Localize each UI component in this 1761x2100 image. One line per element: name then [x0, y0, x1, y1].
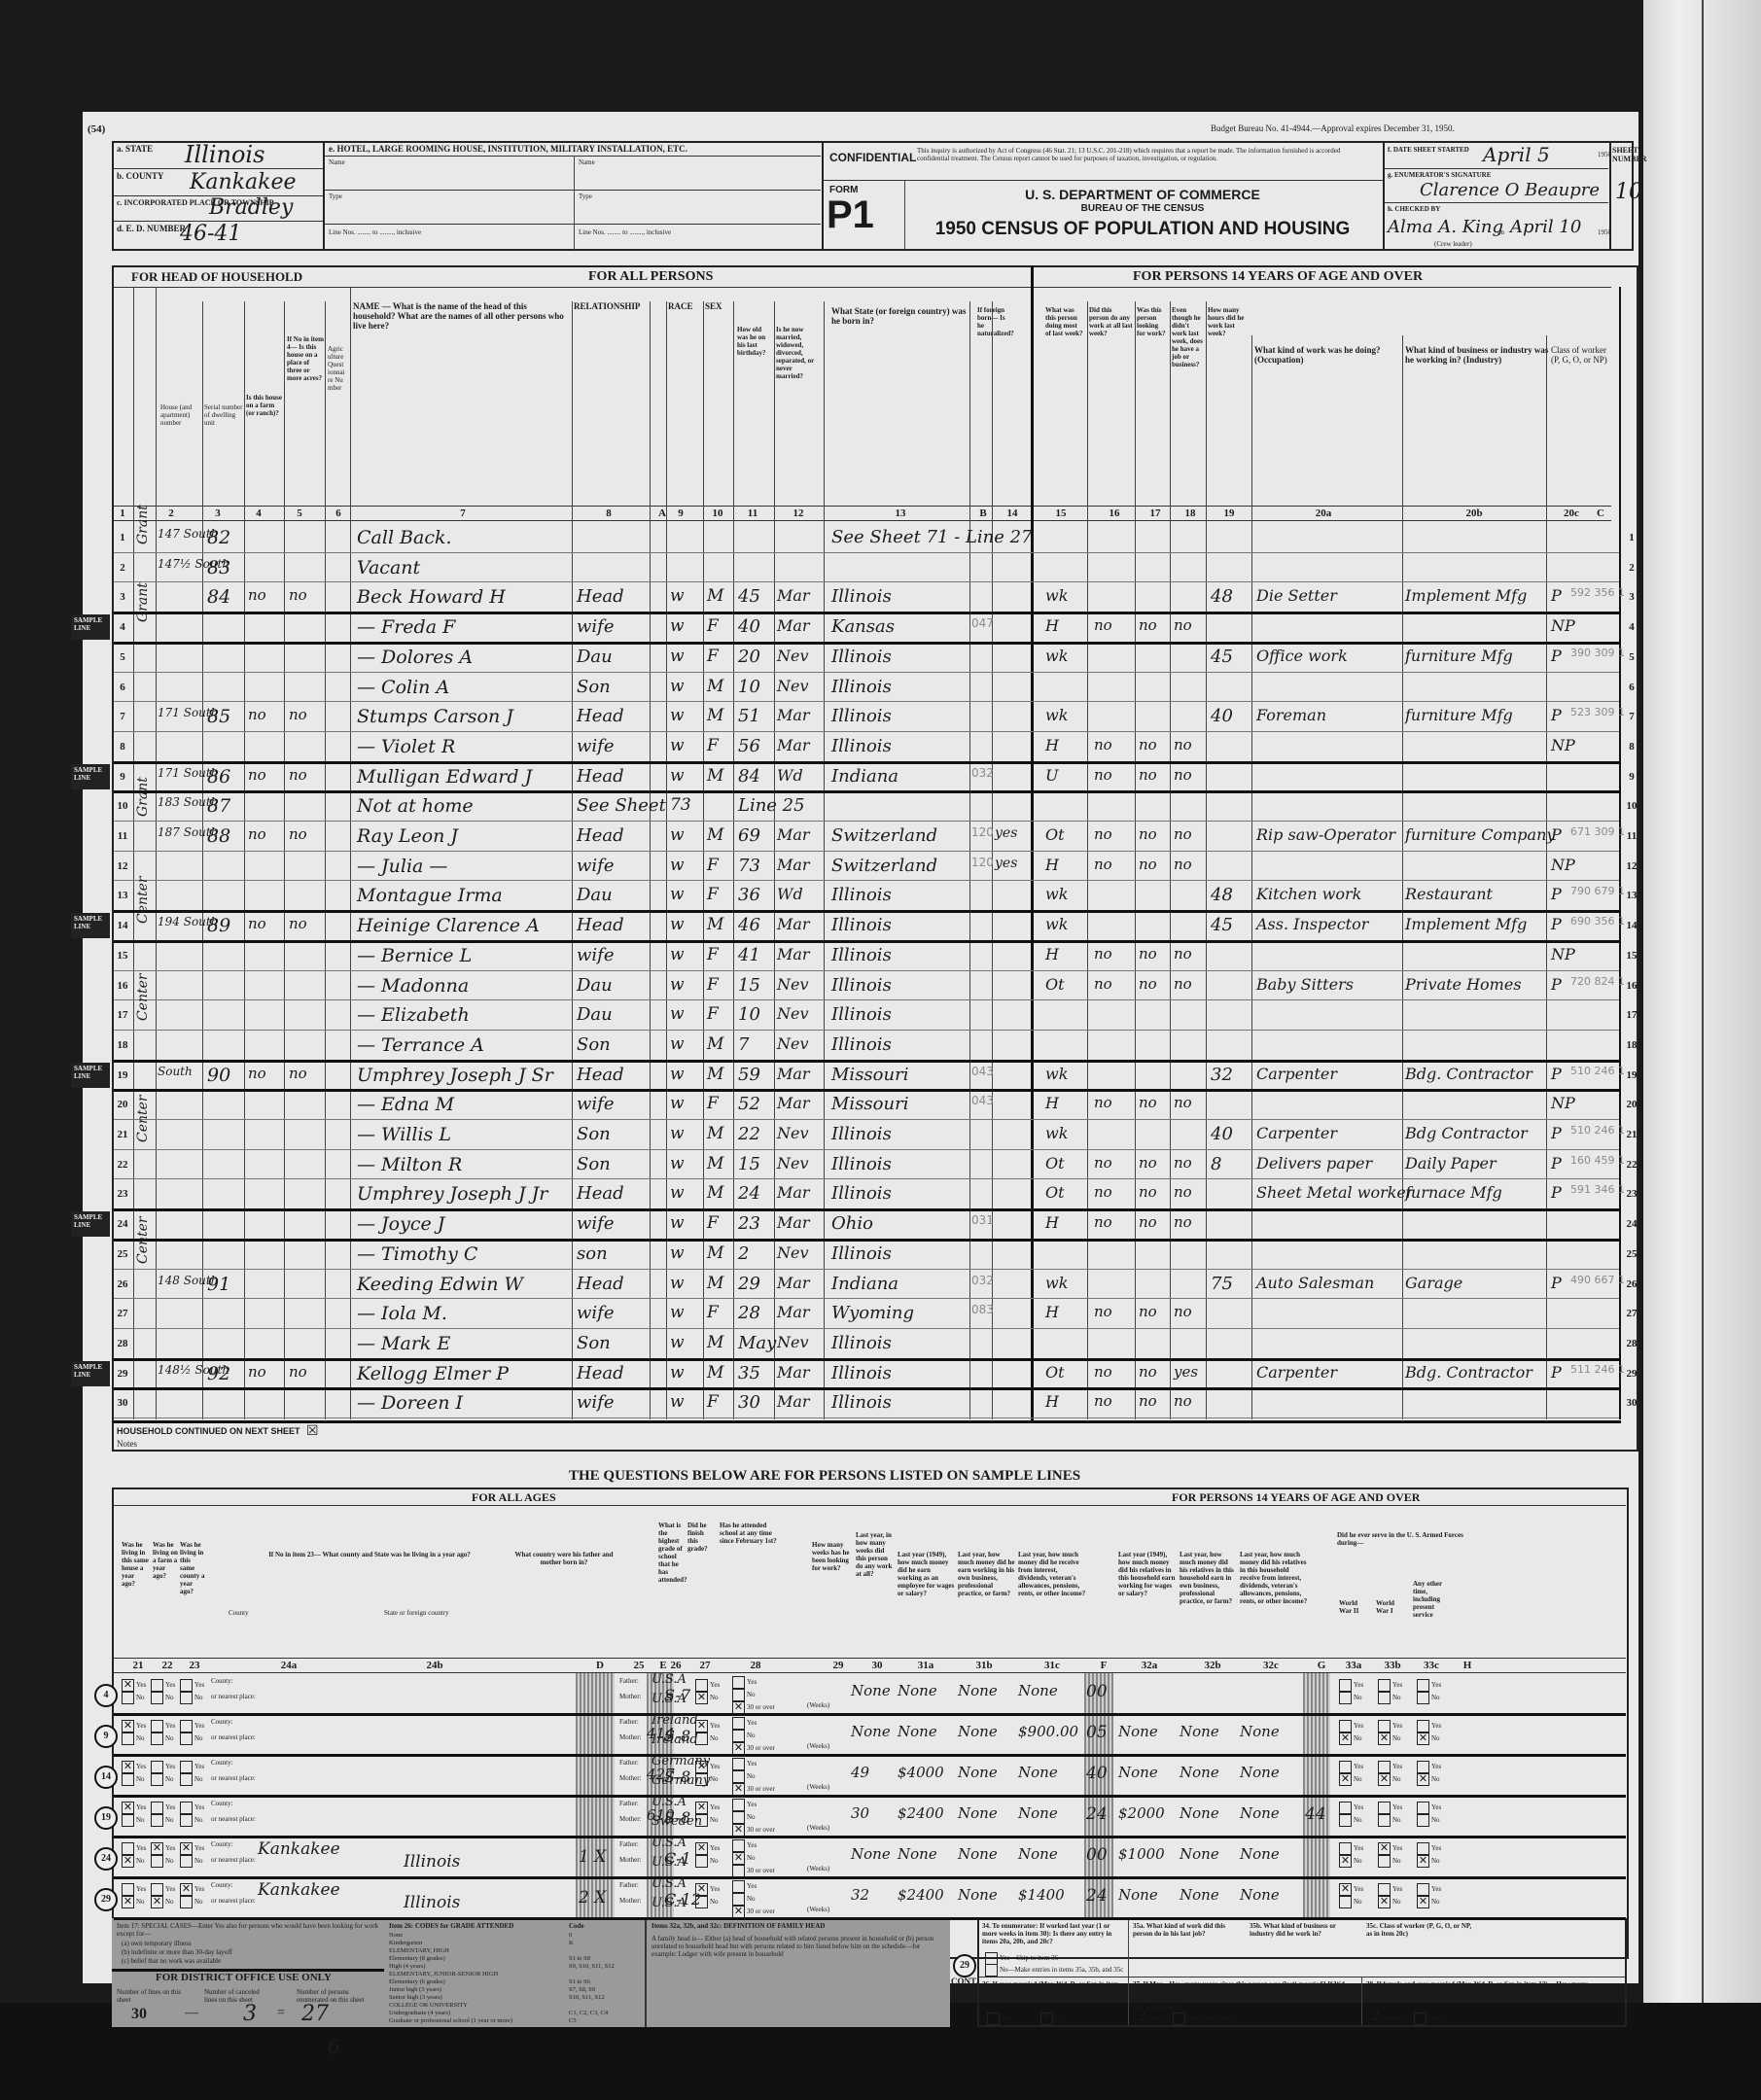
cell-work: no [1094, 945, 1112, 962]
q27-checkboxes[interactable]: ✕YesNo [695, 1802, 720, 1827]
sample-grade: C-1 [664, 1849, 691, 1868]
sample-margin-mark: 5 [73, 1847, 83, 1866]
header-industry: What kind of business or industry was he… [1405, 345, 1551, 365]
cell-activity: wk [1045, 885, 1068, 903]
cell-activity: Ot [1045, 825, 1065, 844]
sample-line-tag: SAMPLE LINE [71, 764, 110, 789]
cell-work: no [1094, 975, 1112, 993]
line-number-right: 29 [1621, 1368, 1642, 1380]
row-divider [114, 1089, 1619, 1092]
cell-sex: M [707, 1243, 723, 1263]
sample-header-32a: Last year (1949), how much money did his… [1118, 1551, 1177, 1597]
cell-looking: no [1139, 975, 1157, 993]
cell-rel: wife [577, 1392, 614, 1413]
q22-checkboxes[interactable]: YesNo [151, 1679, 175, 1704]
cell-marital: Nev [777, 1333, 809, 1351]
line-number-right: 18 [1621, 1039, 1642, 1051]
cell-name: — Mark E [357, 1333, 450, 1354]
cell-activity: wk [1045, 647, 1068, 665]
cell-activity: H [1045, 616, 1059, 635]
cell-industry: Bdg. Contractor [1405, 1363, 1532, 1382]
cell-sex: F [707, 1004, 719, 1024]
column-number: 11 [742, 507, 763, 519]
cell-race: w [670, 825, 685, 845]
cell-race: w [670, 1094, 685, 1113]
sheet-number: 10 [1615, 180, 1642, 204]
q33b-checkboxes[interactable]: Yes✕No [1378, 1720, 1402, 1745]
cell-industry: Daily Paper [1405, 1154, 1497, 1172]
cell-activity: Ot [1045, 975, 1065, 994]
header-work: Did this person do any work at all last … [1089, 306, 1133, 337]
q22-checkboxes[interactable]: YesNo [151, 1802, 175, 1827]
cell-rel: wife [577, 945, 614, 965]
sample-31b: None [958, 1845, 998, 1863]
q37-answer: 3 years, or Less than 1 year [1138, 2012, 1232, 2025]
q33c-checkboxes[interactable]: Yes✕No [1417, 1883, 1441, 1908]
q36-no[interactable]: ✕No [1040, 2012, 1064, 2025]
cell-age: 20 [738, 647, 760, 667]
cell-hours: 45 [1211, 915, 1233, 935]
cell-marital: Mar [777, 1274, 810, 1292]
cell-name: — Terrance A [357, 1034, 484, 1056]
cell-age: 69 [738, 825, 760, 846]
cell-age: 73 [738, 856, 760, 876]
sample-header-30: Last year, in how many weeks did this pe… [856, 1531, 895, 1578]
sample-column-number: 31c [1040, 1660, 1064, 1671]
minus-sign: — [185, 2006, 198, 2021]
line-number-right: 14 [1621, 920, 1642, 931]
sample-header-33: Did he ever serve in the U. S. Armed For… [1337, 1531, 1473, 1547]
grade-code-item: ELEMENTARY, JUNIOR-SENIOR HIGH [389, 1971, 642, 1978]
cell-marital: Mar [777, 1094, 810, 1112]
cell-sex: M [707, 1333, 723, 1352]
page-label: (54) [88, 123, 105, 135]
line-number-right: 26 [1621, 1278, 1642, 1290]
cell-nat: yes [995, 825, 1017, 841]
cell-industry: furniture Company [1405, 825, 1555, 844]
cell-rel: Son [577, 1034, 611, 1055]
sample-32c: None [1240, 1764, 1280, 1781]
cell-hours: 75 [1211, 1274, 1233, 1294]
cell-acres: no [289, 586, 307, 604]
line-number: 4 [112, 621, 133, 633]
q23-checkboxes[interactable]: YesNo [180, 1720, 204, 1745]
q33a-checkboxes[interactable]: Yes✕No [1339, 1720, 1363, 1745]
line-number: 26 [112, 1278, 133, 1290]
sample-32c: None [1240, 1886, 1280, 1904]
cell-looking: no [1139, 856, 1157, 873]
grade-code-item: Undergraduate (4 years)C1, C2, C3, C4 [389, 2010, 642, 2017]
special-case-a: (a) own temporary illness [122, 1940, 192, 1947]
row-divider [114, 612, 1619, 614]
q23-checkboxes[interactable]: YesNo [180, 1802, 204, 1827]
q33a-checkboxes[interactable]: YesNo [1339, 1679, 1363, 1704]
line-number: 16 [112, 980, 133, 992]
q33c-checkboxes[interactable]: Yes✕No [1417, 1761, 1441, 1786]
cell-name: Umphrey Joseph J Sr [357, 1065, 553, 1086]
cell-birthplace: Illinois [831, 1154, 892, 1174]
sample-header-24: If No in item 23— What county and State … [258, 1551, 481, 1558]
sample-line-tag: SAMPLE LINE [71, 1361, 110, 1386]
line-number: 22 [112, 1159, 133, 1171]
cell-rel: wife [577, 1303, 614, 1323]
header-naturalized: If foreign born— Is he naturalized? [977, 306, 1008, 337]
cell-work: no [1094, 1094, 1112, 1111]
cell-marital: Nev [777, 647, 809, 665]
row-divider [114, 642, 1619, 645]
q33b-checkboxes[interactable]: YesNo [1378, 1679, 1402, 1704]
cell-birthplace: Switzerland [831, 825, 937, 846]
q33a-checkboxes[interactable]: YesNo [1339, 1802, 1363, 1827]
sample-weeks-worked: None [851, 1682, 891, 1699]
cell-activity: H [1045, 945, 1059, 963]
q22-checkboxes[interactable]: YesNo [151, 1761, 175, 1786]
sample-header-32b: Last year, how much money did his relati… [1180, 1551, 1238, 1605]
cell-class: P [1551, 1124, 1562, 1142]
cell-occupation: Die Setter [1256, 586, 1337, 605]
cell-occupation: Delivers paper [1256, 1154, 1372, 1172]
cell-name: — Milton R [357, 1154, 462, 1175]
cell-job: no [1174, 975, 1192, 993]
q33c-checkboxes[interactable]: YesNo [1417, 1802, 1441, 1827]
sample-31b: None [958, 1886, 998, 1904]
sample-row-divider [114, 1713, 1626, 1716]
sample-31b: None [958, 1764, 998, 1781]
cell-occupation: Carpenter [1256, 1124, 1337, 1142]
sample-column-number: 32c [1259, 1660, 1283, 1671]
cell-house: 84 [207, 586, 230, 608]
row-divider [114, 1269, 1619, 1270]
q21-checkboxes[interactable]: ✕YesNo [122, 1720, 146, 1745]
header-relationship: RELATIONSHIP [574, 301, 647, 311]
q27-checkboxes[interactable]: Yes✕No [695, 1679, 720, 1704]
cell-name: Mulligan Edward J [357, 766, 532, 787]
header-job: Even though he didn't work last week, do… [1172, 306, 1203, 368]
q33b-checkboxes[interactable]: YesNo [1378, 1802, 1402, 1827]
q23-checkboxes[interactable]: YesNo [180, 1679, 204, 1704]
cell-b: 043 [971, 1065, 994, 1078]
sample-header-23: Was he living in this same county a year… [180, 1541, 205, 1595]
sample-column-number: H [1456, 1660, 1479, 1671]
header-looking: Was this person looking for work? [1137, 306, 1168, 337]
row-divider [114, 1208, 1619, 1211]
sample-line-tag: SAMPLE LINE [71, 1063, 110, 1088]
sample-column-number: 33b [1381, 1660, 1404, 1671]
census-sheet: (54) Budget Bureau No. 41-4944.—Approval… [83, 112, 1638, 1983]
cell-street: South [158, 1065, 193, 1078]
sample-for-14-over: FOR PERSONS 14 YEARS OF AGE AND OVER [1172, 1490, 1420, 1505]
q33b-checkboxes[interactable]: Yes✕No [1378, 1883, 1402, 1908]
cell-race: w [670, 1333, 685, 1352]
q21-checkboxes[interactable]: ✕YesNo [122, 1679, 146, 1704]
checked-by: Alma A. King [1388, 217, 1503, 237]
q21-checkboxes[interactable]: ✕YesNo [122, 1761, 146, 1786]
q21-checkboxes[interactable]: Yes✕No [122, 1883, 146, 1908]
header-activity: What was this person doing most of last … [1045, 306, 1084, 337]
cell-sex: F [707, 1392, 719, 1412]
cell-b: 047 [971, 616, 994, 630]
line-number-right: 9 [1621, 771, 1642, 783]
cell-rel: Son [577, 677, 611, 697]
header-agri-questionnaire: Agriculture Questionnaire Number [328, 345, 345, 392]
county-label: b. COUNTY [117, 171, 164, 181]
line-number: 28 [112, 1338, 133, 1349]
column-number: 4 [248, 507, 269, 519]
cell-rel: Son [577, 1124, 611, 1144]
q28-checkboxes[interactable]: YesNo✕30 or over [732, 1717, 775, 1755]
sample-row-divider [114, 1795, 1626, 1798]
sample-31a: None [898, 1723, 937, 1740]
q33b-checkboxes[interactable]: Yes✕No [1378, 1761, 1402, 1786]
cell-age: 23 [738, 1213, 760, 1234]
cell-hours: 32 [1211, 1065, 1233, 1085]
q33c-checkboxes[interactable]: YesNo [1417, 1679, 1441, 1704]
q27-checkboxes[interactable]: ✕YesNo [695, 1720, 720, 1745]
cell-age: 35 [738, 1363, 760, 1383]
margin-note: Center [135, 876, 151, 924]
sample-32a: None [1118, 1764, 1158, 1781]
sample-margin-mark: 1 [73, 1888, 83, 1907]
lines-on-sheet-label: Number of lines on this sheet [117, 1988, 185, 2004]
cell-rel: Head [577, 825, 624, 846]
cell-house: 92 [207, 1363, 230, 1384]
cell-birthplace: Illinois [831, 586, 892, 607]
header-class-of-worker: Class of worker (P, G, O, or NP) [1551, 345, 1609, 365]
grade-code-item: Junior high (3 years)S7, S8, S9 [389, 1986, 642, 1994]
sample-column-number: 25 [627, 1660, 651, 1671]
form-title: 1950 CENSUS OF POPULATION AND HOUSING [909, 219, 1376, 240]
cell-acres: no [289, 766, 307, 784]
cell-sex: F [707, 975, 719, 995]
line-number-right: 6 [1621, 682, 1642, 693]
q22-checkboxes[interactable]: YesNo [151, 1720, 175, 1745]
cell-sex: M [707, 766, 723, 786]
cell-age: 10 [738, 1004, 760, 1025]
grade-code-item: COLLEGE OR UNIVERSITY [389, 2002, 642, 2010]
sample-f: 24 [1086, 1886, 1108, 1906]
q23-checkboxes[interactable]: ✕YesNo [180, 1842, 204, 1868]
sample-column-number: 29 [827, 1660, 850, 1671]
family-head-text: A family head is— Either (a) head of hou… [652, 1935, 938, 1958]
cell-code: 510 246 1 [1570, 1124, 1625, 1137]
cell-hours: 8 [1211, 1154, 1221, 1174]
sample-32c: None [1240, 1723, 1280, 1740]
cell-name: Not at home [357, 795, 474, 817]
cell-acres: no [289, 825, 307, 843]
line-number: 17 [112, 1009, 133, 1021]
sample-32c: None [1240, 1804, 1280, 1822]
sample-column-number: 24b [423, 1660, 446, 1671]
line-number-right: 3 [1621, 591, 1642, 603]
cell-code: 690 356 1 [1570, 915, 1625, 927]
cell-industry: Private Homes [1405, 975, 1522, 994]
q36-yes[interactable]: Yes [987, 2012, 1011, 2025]
cell-marital: Mar [777, 706, 810, 724]
line-number-right: 25 [1621, 1248, 1642, 1260]
line-number-right: 10 [1621, 800, 1642, 812]
sample-31c: $900.00 [1018, 1723, 1078, 1740]
sample-column-number: 32a [1138, 1660, 1161, 1671]
column-number: 20c [1561, 507, 1582, 519]
cell-class: P [1551, 885, 1562, 903]
grade-code-item: None0 [389, 1932, 642, 1940]
header-marital: Is he now married, widowed, divorced, se… [776, 326, 820, 380]
sample-column-number: D [588, 1660, 612, 1671]
q28-checkboxes[interactable]: YesNo✕30 or over [732, 1676, 775, 1714]
ed-label: d. E. D. NUMBER [117, 224, 186, 233]
sample-column-number: 22 [156, 1660, 179, 1671]
cell-name: Heinige Clarence A [357, 915, 540, 936]
q28-checkboxes[interactable]: YesNo✕30 or over [732, 1799, 775, 1837]
sample-header-33c: Any other time, including present servic… [1413, 1580, 1452, 1619]
column-number: 16 [1104, 507, 1125, 519]
cell-race: w [670, 1363, 685, 1382]
cell-marital: Mar [777, 1183, 810, 1202]
line-number-right: 15 [1621, 950, 1642, 962]
cell-marital: Mar [777, 825, 810, 844]
cell-occupation: Auto Salesman [1256, 1274, 1374, 1292]
q22-checkboxes[interactable]: ✕YesNo [151, 1842, 175, 1868]
cell-work: no [1094, 1154, 1112, 1172]
cell-looking: no [1139, 1303, 1157, 1320]
cell-house: 86 [207, 766, 230, 787]
line-number-right: 11 [1621, 830, 1642, 842]
notes-label: Notes [117, 1439, 137, 1449]
q33a-checkboxes[interactable]: ✕YesNo [1339, 1883, 1363, 1908]
hotel-name-label-1: Name [329, 158, 345, 166]
header-occupation: What kind of work was he doing? (Occupat… [1254, 345, 1400, 365]
cell-code: 720 824 1 [1570, 975, 1625, 988]
cell-rel: Dau [577, 975, 613, 996]
margin-note: Center [135, 973, 151, 1021]
column-number: 17 [1145, 507, 1166, 519]
cell-marital: Mar [777, 736, 810, 754]
sample-weeks-worked: 30 [851, 1804, 869, 1822]
header-birthplace: What State (or foreign country) was he b… [831, 306, 968, 326]
sample-county: Kankakee [258, 1839, 340, 1859]
cell-birthplace: Ohio [831, 1213, 873, 1234]
cell-sex: M [707, 1274, 723, 1293]
grade-code-item: Graduate or professional school (1 year … [389, 2017, 642, 2025]
q33c-checkboxes[interactable]: Yes✕No [1417, 1720, 1441, 1745]
q28-checkboxes[interactable]: YesNo✕30 or over [732, 1758, 775, 1796]
cell-farm: no [248, 766, 266, 784]
line-number-right: 4 [1621, 621, 1642, 633]
line-number: 24 [112, 1218, 133, 1230]
row-divider [114, 761, 1619, 764]
line-number-right: 28 [1621, 1338, 1642, 1349]
sample-31a: None [898, 1845, 937, 1863]
cell-race: w [670, 1303, 685, 1322]
cell-class: P [1551, 647, 1562, 665]
q33b-checkboxes[interactable]: ✕YesNo [1378, 1842, 1402, 1868]
q21-checkboxes[interactable]: Yes✕No [122, 1842, 146, 1868]
checked-date: April 10 [1510, 217, 1581, 237]
cell-class: P [1551, 586, 1562, 605]
line-number-right: 17 [1621, 1009, 1642, 1021]
cell-birthplace: Illinois [831, 1333, 892, 1353]
cell-activity: wk [1045, 1274, 1068, 1292]
cell-race: w [670, 586, 685, 606]
cell-looking: no [1139, 736, 1157, 753]
column-number: 18 [1180, 507, 1201, 519]
q34-no-option[interactable]: No—Make entries in items 35a, 35b, and 3… [985, 1964, 1123, 1977]
line-number-right: 12 [1621, 860, 1642, 872]
sample-32b: None [1180, 1723, 1219, 1740]
sample-32a: $1000 [1118, 1845, 1165, 1863]
confidential-label: CONFIDENTIAL [829, 151, 916, 164]
sample-line-tag: SAMPLE LINE [71, 1211, 110, 1237]
cell-sex: M [707, 825, 723, 845]
sample-line-circle: 14 [94, 1766, 118, 1789]
special-case-b: (b) indefinite or more than 30-day layof… [122, 1948, 232, 1956]
cell-rel: son [577, 1243, 608, 1264]
row-divider [114, 940, 1619, 943]
row-divider [114, 1417, 1619, 1418]
cell-work: no [1094, 825, 1112, 843]
cell-marital: Nev [777, 1004, 809, 1023]
column-number: 7 [452, 507, 474, 519]
q33a-checkboxes[interactable]: Yes✕No [1339, 1761, 1363, 1786]
q22-checkboxes[interactable]: Yes✕No [151, 1883, 175, 1908]
cell-occupation: Baby Sitters [1256, 975, 1354, 994]
budget-note: Budget Bureau No. 41-4944.—Approval expi… [1211, 123, 1455, 133]
q27-checkboxes[interactable]: ✕YesNo [695, 1883, 720, 1908]
cell-rel: Head [577, 766, 624, 787]
q28-checkboxes[interactable]: Yes✕No30 or over [732, 1839, 775, 1877]
cell-work: no [1094, 1363, 1112, 1381]
q33a-checkboxes[interactable]: Yes✕No [1339, 1842, 1363, 1868]
cell-age: 28 [738, 1303, 760, 1323]
household-continued-checkbox[interactable]: ☒ [306, 1423, 319, 1440]
q23-checkboxes[interactable]: ✕YesNo [180, 1883, 204, 1908]
cell-job: no [1174, 1183, 1192, 1201]
cell-rel: Dau [577, 1004, 613, 1025]
cell-age: 15 [738, 1154, 760, 1174]
cell-industry: Bdg Contractor [1405, 1124, 1528, 1142]
line-number-right: 1 [1621, 532, 1642, 543]
q27-checkboxes[interactable]: ✕YesNo [695, 1761, 720, 1786]
confidential-text: This inquiry is authorized by Act of Con… [917, 147, 1374, 162]
cell-birthplace: Kansas [831, 616, 895, 637]
special-case-c: (c) belief that no work was available [122, 1957, 221, 1965]
sample-section-title: THE QUESTIONS BELOW ARE FOR PERSONS LIST… [569, 1468, 1080, 1485]
cell-age: 10 [738, 677, 760, 697]
cell-race: w [670, 1243, 685, 1263]
q27-checkboxes[interactable]: ✕YesNo [695, 1842, 720, 1868]
q28-checkboxes[interactable]: YesNo✕30 or over [732, 1880, 775, 1918]
cell-birthplace: Illinois [831, 975, 892, 996]
cell-marital: Mar [777, 1065, 810, 1083]
cell-class: P [1551, 706, 1562, 724]
sample-32a: $2000 [1118, 1804, 1165, 1822]
q21-checkboxes[interactable]: ✕YesNo [122, 1802, 146, 1827]
row-divider [114, 1328, 1619, 1329]
sample-line-circle: 19 [94, 1806, 118, 1830]
cell-activity: H [1045, 1392, 1059, 1411]
sample-31b: None [958, 1723, 998, 1740]
q23-checkboxes[interactable]: YesNo [180, 1761, 204, 1786]
sample-header-28: Has he attended school at any time since… [720, 1522, 778, 1545]
column-number: 6 [328, 507, 349, 519]
sample-31c: $1400 [1018, 1886, 1065, 1904]
q33c-checkboxes[interactable]: Yes✕No [1417, 1842, 1441, 1868]
sample-column-number: 32b [1201, 1660, 1224, 1671]
cell-hours: 45 [1211, 647, 1233, 667]
sample-column-number: 26 [664, 1660, 687, 1671]
sample-f: 00 [1086, 1845, 1108, 1865]
cell-race: w [670, 1154, 685, 1173]
